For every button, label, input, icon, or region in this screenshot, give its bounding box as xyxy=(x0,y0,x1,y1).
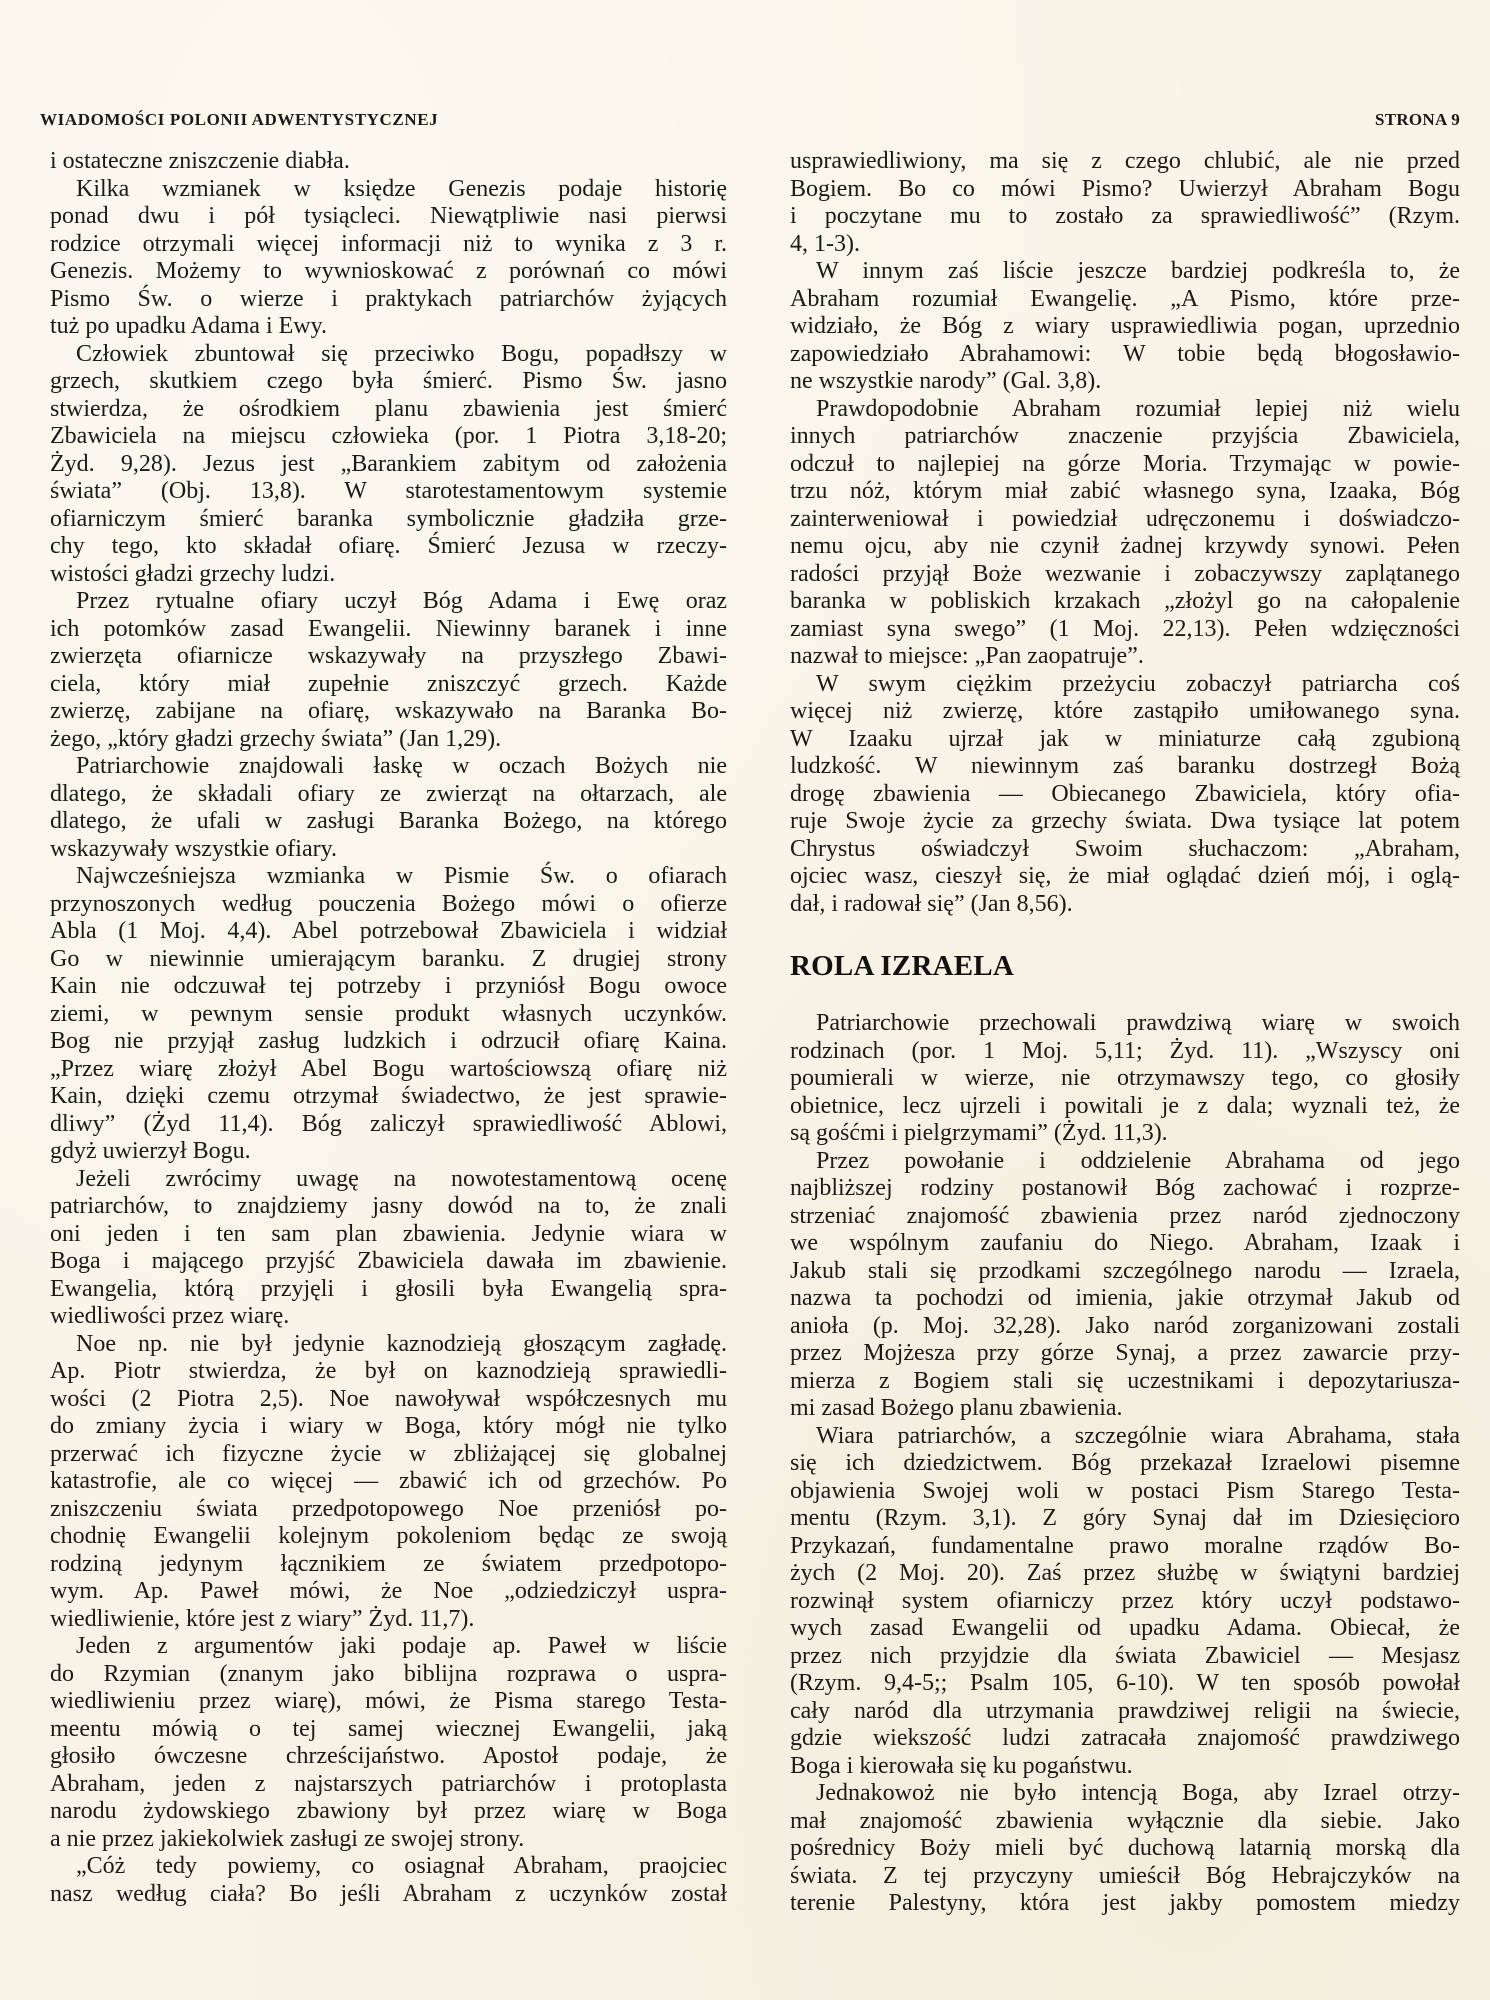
text-line: ruje Swoje życie za grzechy świata. Dwa … xyxy=(790,808,1460,836)
text-line: patriarchów, to znajdziemy jasny dowód n… xyxy=(50,1193,727,1221)
text-line: tuż po upadku Adama i Ewy. xyxy=(50,313,727,341)
text-line: W Izaaku ujrzał jak w miniaturze całą zg… xyxy=(790,726,1460,754)
text-line: rodziną jedynym łącznikiem ze światem pr… xyxy=(50,1551,727,1579)
text-line: zwierzę, zabijane na ofiarę, wskazywało … xyxy=(50,698,727,726)
text-line: i ostateczne zniszczenie diabła. xyxy=(50,148,727,176)
text-line: przerwać ich fizyczne życie w zbliżające… xyxy=(50,1441,727,1469)
text-line: 4, 1-3). xyxy=(790,231,1460,259)
text-line: Zbawiciela na miejscu człowieka (por. 1 … xyxy=(50,423,727,451)
text-line: Abraham rozumiał Ewangelię. „A Pismo, kt… xyxy=(790,286,1460,314)
text-line: nazwał to miejsce: „Pan zaopatruje”. xyxy=(790,643,1460,671)
text-line: wiedliwieniu przez wiarę), mówi, że Pism… xyxy=(50,1688,727,1716)
text-line: stwierdza, że ośrodkiem planu zbawienia … xyxy=(50,396,727,424)
text-line: widziało, że Bóg z wiary usprawiedliwia … xyxy=(790,313,1460,341)
text-line: rodzinach (por. 1 Moj. 5,11; Żyd. 11). „… xyxy=(790,1038,1460,1066)
text-line: przynoszonych według pouczenia Bożego mó… xyxy=(50,891,727,919)
text-line: Abla (1 Moj. 4,4). Abel potrzebował Zbaw… xyxy=(50,918,727,946)
text-line: mał znajomość zbawienia wyłącznie dla si… xyxy=(790,1808,1460,1836)
text-line: nazwa ta pochodzi od imienia, jakie otrz… xyxy=(790,1285,1460,1313)
text-line: najbliższej rodziny postanowił Bóg zacho… xyxy=(790,1175,1460,1203)
text-line: rodzice otrzymali więcej informacji niż … xyxy=(50,231,727,259)
text-line: ojciec wasz, cieszył się, że miał ogląda… xyxy=(790,863,1460,891)
text-line: gdyż uwierzył Bogu. xyxy=(50,1138,727,1166)
text-line: mentu (Rzym. 3,1). Z góry Synaj dał im D… xyxy=(790,1505,1460,1533)
text-line: trzu nóż, którym miał zabić własnego syn… xyxy=(790,478,1460,506)
text-line: wiedliwości przez wiarę. xyxy=(50,1303,727,1331)
text-line: mi zasad Bożego planu zbawienia. xyxy=(790,1395,1460,1423)
text-line: Przez rytualne ofiary uczył Bóg Adama i … xyxy=(50,588,727,616)
text-line: katastrofie, ale co więcej — zbawić ich … xyxy=(50,1468,727,1496)
text-line: świata. Z tej przyczyny umieścił Bóg Heb… xyxy=(790,1863,1460,1891)
text-line: mierza z Bogiem stali się uczestnikami i… xyxy=(790,1368,1460,1396)
text-line: grzech, skutkiem czego była śmierć. Pism… xyxy=(50,368,727,396)
text-line: gdzie wiekszość ludzi zatracała znajomoś… xyxy=(790,1725,1460,1753)
text-line: chy tego, kto składał ofiarę. Śmierć Jez… xyxy=(50,533,727,561)
text-line: we wspólnym zaufaniu do Niego. Abraham, … xyxy=(790,1230,1460,1258)
text-line: drogę zbawienia — Obiecanego Zbawiciela,… xyxy=(790,781,1460,809)
text-line: innych patriarchów znaczenie przyjścia Z… xyxy=(790,423,1460,451)
text-line: więcej niż zwierzę, które zastąpiło umił… xyxy=(790,698,1460,726)
text-line: Boga i mającego przyjść Zbawiciela dawał… xyxy=(50,1248,727,1276)
text-line: odczuł to najlepiej na górze Moria. Trzy… xyxy=(790,451,1460,479)
text-line: wości (2 Piotra 2,5). Noe nawoływał wspó… xyxy=(50,1386,727,1414)
text-line: do zmiany życia i wiary w Boga, który mó… xyxy=(50,1413,727,1441)
text-line: zwierzęta ofiarnicze wskazywały na przys… xyxy=(50,643,727,671)
text-line: Kain, dzięki czemu otrzymał świadectwo, … xyxy=(50,1083,727,1111)
text-line: Jeden z argumentów jaki podaje ap. Paweł… xyxy=(50,1633,727,1661)
text-line: Boga i kierowała się ku pogaństwu. xyxy=(790,1753,1460,1781)
text-line: baranka w pobliskich krzakach „złożyl go… xyxy=(790,588,1460,616)
text-line: strzeniać znajomość zbawienia przez naró… xyxy=(790,1203,1460,1231)
text-line: ziemi, w pewnym sensie produkt własnych … xyxy=(50,1001,727,1029)
text-line: Żyd. 9,28). Jezus jest „Barankiem zabity… xyxy=(50,451,727,479)
text-line: obietnice, lecz ujrzeli i powitali je z … xyxy=(790,1093,1460,1121)
page-number: STRONA 9 xyxy=(1375,108,1460,132)
text-line: Patriarchowie przechowali prawdziwą wiar… xyxy=(790,1010,1460,1038)
text-line: głosiło ówczesne chrześcijaństwo. Aposto… xyxy=(50,1743,727,1771)
text-line: terenie Palestyny, która jest jakby pomo… xyxy=(790,1890,1460,1918)
text-line: Abraham, jeden z najstarszych patriarchó… xyxy=(50,1771,727,1799)
text-line: Kain nie odczuwał tej potrzeby i przynió… xyxy=(50,973,727,1001)
text-line: „Cóż tedy powiemy, co osiagnał Abraham, … xyxy=(50,1853,727,1881)
text-line: Jednakowoż nie było intencją Boga, aby I… xyxy=(790,1780,1460,1808)
text-line: Przykazań, fundamentalne prawo moralne r… xyxy=(790,1533,1460,1561)
text-line: meentu mówią o tej samej wiecznej Ewange… xyxy=(50,1716,727,1744)
text-line: dlatego, że ufali w zasługi Baranka Boże… xyxy=(50,808,727,836)
text-line: Jakub stali się przodkami szczególnego n… xyxy=(790,1258,1460,1286)
text-line: nasz według ciała? Bo jeśli Abraham z uc… xyxy=(50,1881,727,1909)
text-line: ciela, który miał zupełnie zniszczyć grz… xyxy=(50,671,727,699)
text-line: narodu żydowskiego zbawiony był przez wi… xyxy=(50,1798,727,1826)
text-line: zamiast syna swego” (1 Moj. 22,13). Pełe… xyxy=(790,616,1460,644)
text-line: dał, i radował się” (Jan 8,56). xyxy=(790,891,1460,919)
text-line: a nie przez jakiekolwiek zasługi ze swoj… xyxy=(50,1826,727,1854)
text-line: Bog nie przyjął zasług ludzkich i odrzuc… xyxy=(50,1028,727,1056)
text-line: wistości gładzi grzechy ludzi. xyxy=(50,561,727,589)
running-header-publication: WIADOMOŚCI POLONII ADWENTYSTYCZNEJ xyxy=(40,108,438,132)
text-line: ne wszystkie narody” (Gal. 3,8). xyxy=(790,368,1460,396)
text-line: oni jeden i ten sam plan zbawienia. Jedy… xyxy=(50,1221,727,1249)
text-line: objawienia Swojej woli w postaci Pism St… xyxy=(790,1478,1460,1506)
text-line: wym. Ap. Paweł mówi, że Noe „odziedziczy… xyxy=(50,1578,727,1606)
text-line: wych zasad Ewangelii od upadku Adama. Ob… xyxy=(790,1615,1460,1643)
text-line: ich potomków zasad Ewangelii. Niewinny b… xyxy=(50,616,727,644)
text-line: Noe np. nie był jedynie kaznodzieją głos… xyxy=(50,1331,727,1359)
text-line: żego, „który gładzi grzechy świata” (Jan… xyxy=(50,726,727,754)
text-line: Ap. Piotr stwierdza, że był on kaznodzie… xyxy=(50,1358,727,1386)
text-line: do Rzymian (znanym jako biblijna rozpraw… xyxy=(50,1661,727,1689)
text-line: świata” (Obj. 13,8). W starotestamentowy… xyxy=(50,478,727,506)
text-line: żych (2 Moj. 20). Zaś przez służbę w świ… xyxy=(790,1560,1460,1588)
text-line: Bogiem. Bo co mówi Pismo? Uwierzył Abrah… xyxy=(790,176,1460,204)
text-line: Kilka wzmianek w księdze Genezis podaje … xyxy=(50,176,727,204)
text-line: przez nich przyjdzie dla świata Zbawicie… xyxy=(790,1643,1460,1671)
text-line: rozwinął system ofiarniczy przez który u… xyxy=(790,1588,1460,1616)
text-line: nemu ojcu, aby nie czynił żadnej krzywdy… xyxy=(790,533,1460,561)
text-line: (Rzym. 9,4-5;; Psalm 105, 6-10). W ten s… xyxy=(790,1670,1460,1698)
text-line: W swym ciężkim przeżyciu zobaczył patria… xyxy=(790,671,1460,699)
text-line: chodnię Ewangelii kolejnym pokoleniom bę… xyxy=(50,1523,727,1551)
text-line: Jeżeli zwrócimy uwagę na nowotestamentow… xyxy=(50,1166,727,1194)
text-line: usprawiedliwiony, ma się z czego chlubić… xyxy=(790,148,1460,176)
text-line: wskazywały wszystkie ofiary. xyxy=(50,836,727,864)
text-line: dlatego, że składali ofiary ze zwierząt … xyxy=(50,781,727,809)
text-line: poumierali w wierze, nie otrzymawszy teg… xyxy=(790,1065,1460,1093)
right-column-lower: Patriarchowie przechowali prawdziwą wiar… xyxy=(790,1010,1460,1918)
text-line: zniszczeniu świata przedpotopowego Noe p… xyxy=(50,1496,727,1524)
text-line: zapowiedziało Abrahamowi: W tobie będą b… xyxy=(790,341,1460,369)
text-line: Wiara patriarchów, a szczególnie wiara A… xyxy=(790,1423,1460,1451)
text-line: pośrednicy Boży mieli być duchową latarn… xyxy=(790,1835,1460,1863)
text-line: ponad dwu i pół tysiącleci. Niewątpliwie… xyxy=(50,203,727,231)
text-line: są gośćmi i pielgrzymami” (Żyd. 11,3). xyxy=(790,1120,1460,1148)
text-line: Genezis. Możemy to wywnioskować z porówn… xyxy=(50,258,727,286)
left-column: i ostateczne zniszczenie diabła.Kilka wz… xyxy=(50,148,727,1908)
section-heading: ROLA IZRAELA xyxy=(790,948,1014,984)
text-line: się ich dziedzictwem. Bóg przekazał Izra… xyxy=(790,1450,1460,1478)
text-line: ludzkość. W niewinnym zaś baranku dostrz… xyxy=(790,753,1460,781)
text-line: Prawdopodobnie Abraham rozumiał lepiej n… xyxy=(790,396,1460,424)
text-line: Przez powołanie i oddzielenie Abrahama o… xyxy=(790,1148,1460,1176)
text-line: ofiarniczym śmierć baranka symbolicznie … xyxy=(50,506,727,534)
text-line: cały naród dla utrzymania prawdziwej rel… xyxy=(790,1698,1460,1726)
text-line: radości przyjął Boże wezwanie i zobaczyw… xyxy=(790,561,1460,589)
text-line: Patriarchowie znajdowali łaskę w oczach … xyxy=(50,753,727,781)
text-line: Człowiek zbuntował się przeciwko Bogu, p… xyxy=(50,341,727,369)
text-line: Chrystus oświadczył Swoim słuchaczom: „A… xyxy=(790,836,1460,864)
text-line: „Przez wiarę złożył Abel Bogu wartościow… xyxy=(50,1056,727,1084)
text-line: zainterweniował i powiedział udręczonemu… xyxy=(790,506,1460,534)
text-line: W innym zaś liście jeszcze bardziej podk… xyxy=(790,258,1460,286)
text-line: anioła (p. Moj. 32,28). Jako naród zorga… xyxy=(790,1313,1460,1341)
text-line: Ewangelia, którą przyjęli i głosili była… xyxy=(50,1276,727,1304)
text-line: wiedliwienie, które jest z wiary” Żyd. 1… xyxy=(50,1606,727,1634)
text-line: i poczytane mu to zostało za sprawiedliw… xyxy=(790,203,1460,231)
text-line: dliwy” (Żyd 11,4). Bóg zaliczył sprawied… xyxy=(50,1111,727,1139)
text-line: Pismo Św. o wierze i praktykach patriarc… xyxy=(50,286,727,314)
text-line: Najwcześniejsza wzmianka w Pismie Św. o … xyxy=(50,863,727,891)
text-line: przez Mojżesza przy górze Synaj, a przez… xyxy=(790,1340,1460,1368)
text-line: Go w niewinnie umierającym baranku. Z dr… xyxy=(50,946,727,974)
right-column-upper: usprawiedliwiony, ma się z czego chlubić… xyxy=(790,148,1460,918)
